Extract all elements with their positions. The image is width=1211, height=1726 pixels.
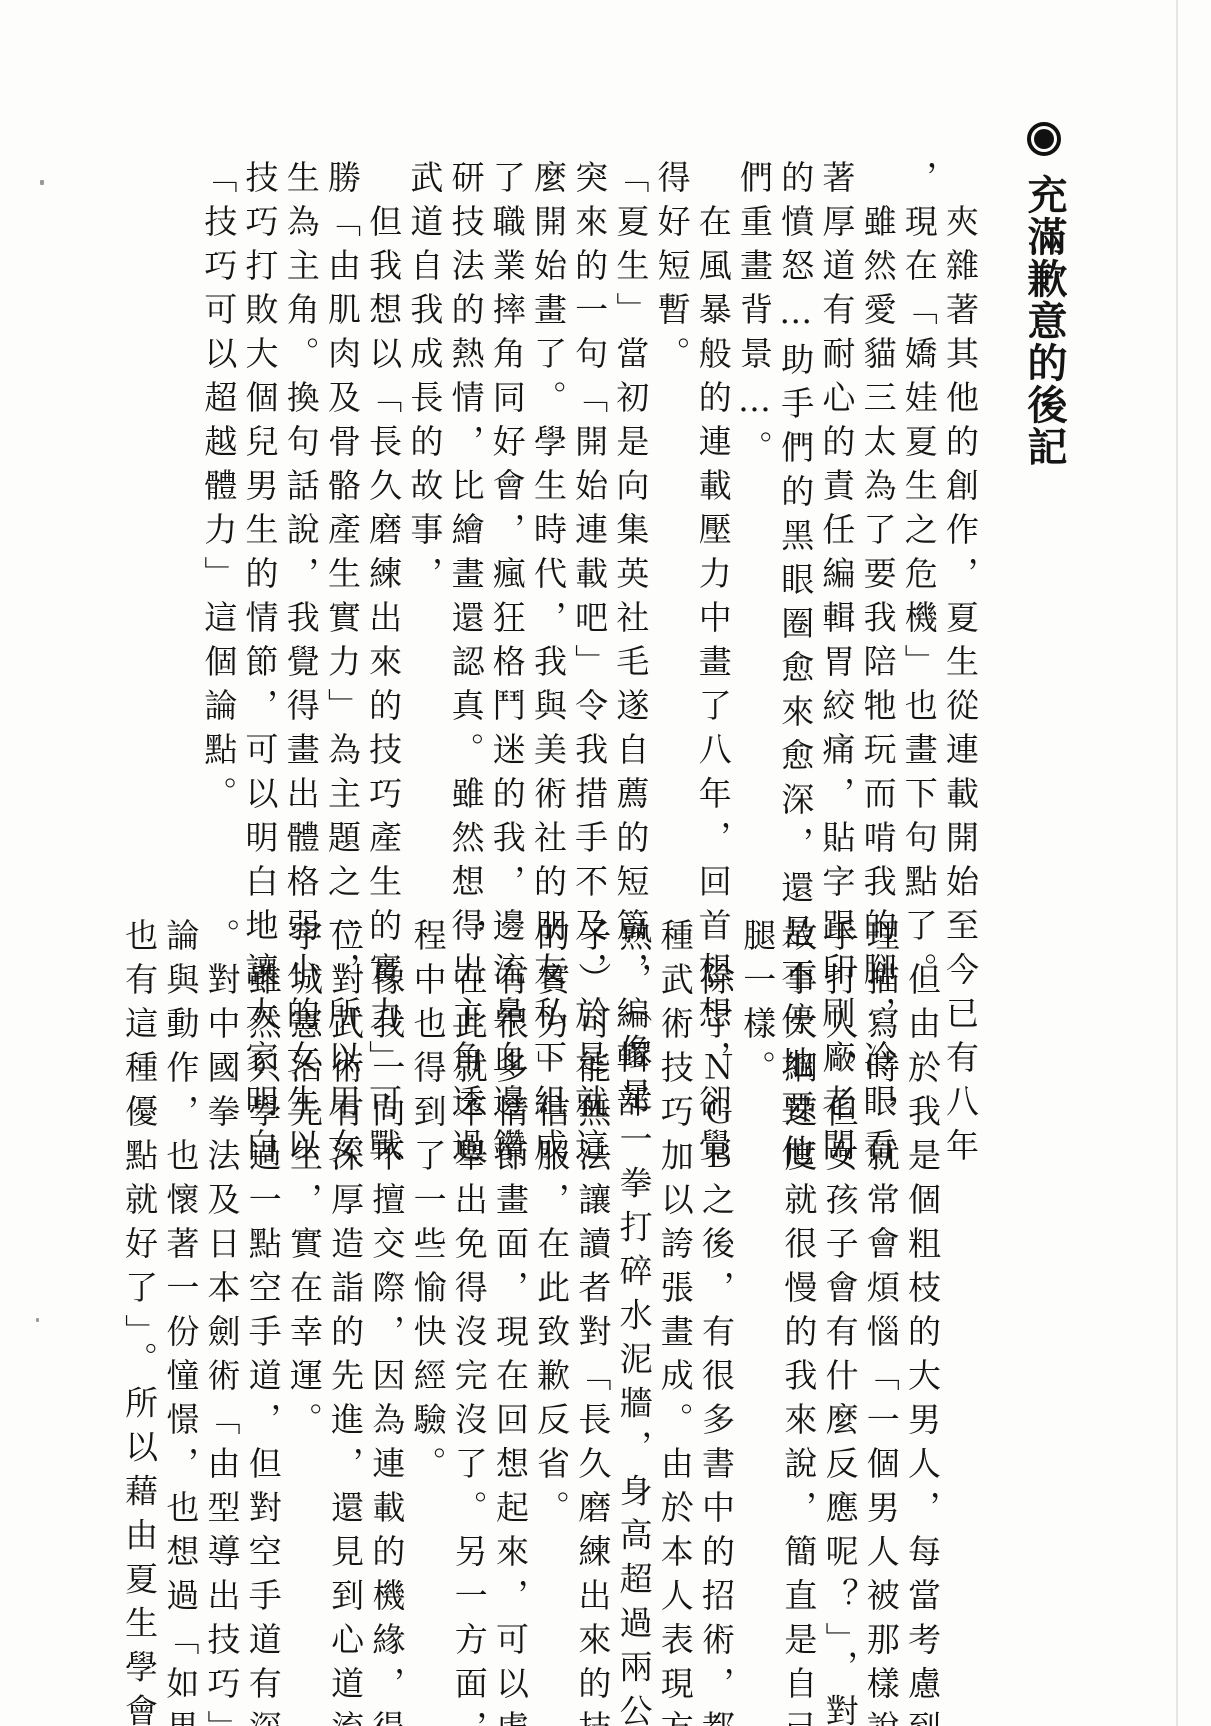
text-column: 著厚道有耐心的責任編輯胃絞痛，貼字跟印刷廠老闆 [816, 160, 857, 880]
text-column: 也有這種優點就好了」。所以藉由夏生學會不靠蠻力 [119, 918, 160, 1638]
text-column: 種武術技巧加以誇張畫成。由於本人表現方法不夠成 [655, 918, 696, 1638]
text-column: 雖然只學過一點空手道，但對空手道有深深的熱愛 [243, 918, 284, 1638]
title-text: 充滿歉意的後記 [1021, 174, 1067, 468]
text-column: 研技法的熱情，比繪畫還認真。雖然想得出主角透過 [445, 160, 486, 880]
text-column: 但我想以「長久磨練出來的技巧產生的實力」可戰 [363, 160, 404, 880]
text-column: 位對武術有深厚造詣的先進，還見到心道流空手道的 [325, 918, 366, 1638]
text-column: 的實力」信服，在此致歉反省。 [531, 918, 572, 1638]
text-column: 宇城憲治先生，實在幸運。 [284, 918, 325, 1638]
text-column: 「技巧可以超越體力」這個論點。 [198, 160, 239, 880]
lower-text-block: 但由於我是個粗枝的大男人，每當考慮到細部的心 理描寫時，就常會煩惱「一個男人被那… [113, 918, 943, 1638]
afterword-title: 充滿歉意的後記 [1012, 122, 1072, 482]
text-column: 「夏生」當初是向集英社毛遂自薦的短篇，編輯部 [610, 160, 651, 880]
text-column: 夾雜著其他的創作，夏生從連載開始至今已有八年 [940, 160, 981, 880]
text-column: 程中也得到了一些愉快經驗。 [407, 918, 448, 1638]
text-column: 得好短暫。 [651, 160, 692, 880]
text-column: 生為主角。換句話說，我覺得畫出體格弱小的女生以 [281, 160, 322, 880]
text-column: 子）可能無法讓讀者對「長久磨練出來的技巧所產生 [572, 918, 613, 1638]
text-column: ，在此就不舉出免得沒完沒了。另一方面，在創作過 [449, 918, 490, 1638]
text-column: 理描寫時，就常會煩惱「一個男人被那樣說一定會動 [861, 918, 902, 1638]
text-column: 有很多情節畫面，現在回想起來，可以處理得更好 [490, 918, 531, 1638]
text-column: 手打人，但女孩子會有什麼反應呢？」，對於平常想 [819, 918, 860, 1638]
text-column: 勝「由肌肉及骨骼產生實力」為主題之一，所以用女 [322, 160, 363, 880]
text-column: 突來的一句「開始連載吧」令我措手不及，於是就這 [569, 160, 610, 880]
text-column: 故事大綱速度就很慢的我來說，簡直是自己扯自己後 [778, 918, 819, 1638]
upper-text-block: 夾雜著其他的創作，夏生從連載開始至今已有八年 ，現在「嬌娃夏生之危機」也畫下句點… [181, 160, 981, 880]
text-column: 們重畫背景…。 [734, 160, 775, 880]
text-column: 除了ＮＧＢ之後，有很多書中的招術，都是根據各 [696, 918, 737, 1638]
text-column: 技巧打敗大個兒男生的情節，可以明白地讓大家明白 [239, 160, 280, 880]
text-column: ，現在「嬌娃夏生之危機」也畫下句點了。 [899, 160, 940, 880]
text-column: 麼開始畫了。學生時代，我與美術社的朋友私下組成 [528, 160, 569, 880]
text-column: 。對中國拳法及日本劍術「由型導出技巧」的明確理 [201, 918, 242, 1638]
text-column: 像我一向不擅交際，因為連載的機緣，得以認識多 [366, 918, 407, 1638]
text-column: 在風暴般的連載壓力中畫了八年，回首想想，卻覺 [693, 160, 734, 880]
text-column: 的憤怒…助手們的黑眼圈愈來愈深，還是不停地要他 [775, 160, 816, 880]
text-column: 論與動作，也懷著一份憧憬，也想過「如果空手道中 [160, 918, 201, 1638]
text-column: 腿一樣。 [737, 918, 778, 1638]
text-column: 了職業摔角同好會，瘋狂格鬥迷的我，邊流鼻血邊鑽 [487, 160, 528, 880]
fisheye-bullet-icon [1027, 122, 1061, 156]
text-column: 武道自我成長的故事， [404, 160, 445, 880]
text-column: 熟，（像是一拳打碎水泥牆，身高超過兩公尺的大個 [613, 918, 654, 1638]
text-column: 雖然愛貓三太為了要我陪牠玩而啃我的腳，冷眼看 [857, 160, 898, 880]
scan-speck [36, 1318, 39, 1322]
text-column: 但由於我是個粗枝的大男人，每當考慮到細部的心 [902, 918, 943, 1638]
page-edge-line [1176, 0, 1178, 1726]
scan-speck [40, 180, 44, 185]
